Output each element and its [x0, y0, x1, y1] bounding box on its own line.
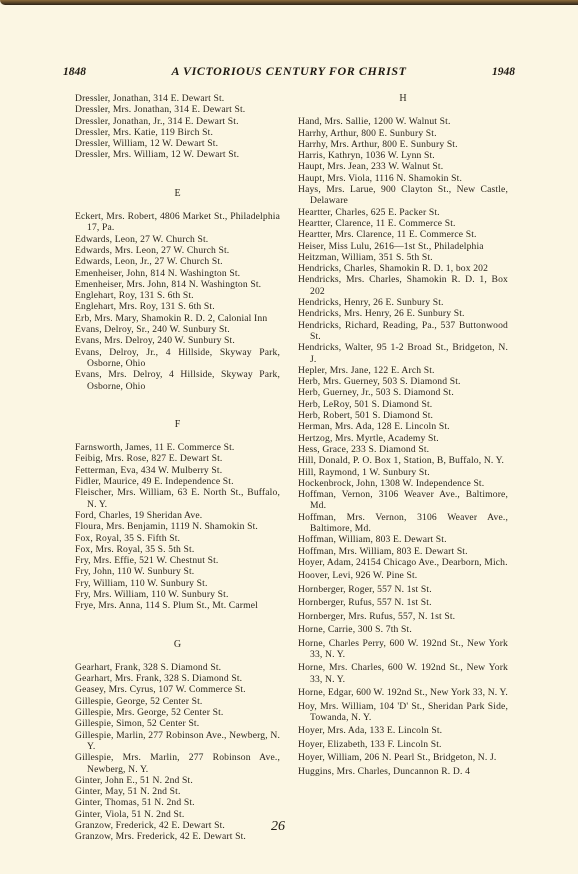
directory-entry: Hill, Raymond, 1 W. Sunbury St. [298, 467, 508, 478]
directory-entry: Hendricks, Mrs. Charles, Shamokin R. D. … [298, 274, 508, 297]
running-head: 1848 A VICTORIOUS CENTURY FOR CHRIST 194… [63, 64, 515, 79]
directory-entry: Englehart, Mrs. Roy, 131 S. 6th St. [75, 301, 280, 312]
directory-entry: Herb, Mrs. Guerney, 503 S. Diamond St. [298, 376, 508, 387]
directory-entry: Gearhart, Frank, 328 S. Diamond St. [75, 662, 280, 673]
directory-entry: Erb, Mrs. Mary, Shamokin R. D. 2, Caloni… [75, 313, 280, 324]
directory-entry: Hays, Mrs. Larue, 900 Clayton St., New C… [298, 184, 508, 207]
directory-entry: Harris, Kathryn, 1036 W. Lynn St. [298, 150, 508, 161]
directory-entry: Gillespie, Simon, 52 Center St. [75, 718, 280, 729]
book-title: A VICTORIOUS CENTURY FOR CHRIST [171, 64, 406, 79]
directory-entry: Emenheiser, John, 814 N. Washington St. [75, 268, 280, 279]
directory-entry: Gillespie, George, 52 Center St. [75, 696, 280, 707]
directory-entry: Herb, LeRoy, 501 S. Diamond St. [298, 399, 508, 410]
directory-entry: Dressler, Mrs. William, 12 W. Dewart St. [75, 149, 280, 160]
directory-entry: Ginter, John E., 51 N. 2nd St. [75, 775, 280, 786]
directory-entry: Fry, Mrs. William, 110 W. Sunbury St. [75, 589, 280, 600]
directory-entry: Heartter, Mrs. Clarence, 11 E. Commerce … [298, 229, 508, 240]
right-column: H Hand, Mrs. Sallie, 1200 W. Walnut St.H… [298, 93, 508, 779]
directory-entry: Edwards, Mrs. Leon, 27 W. Church St. [75, 245, 280, 256]
directory-entry: Hornberger, Roger, 557 N. 1st St. [298, 584, 508, 595]
directory-entry: Ford, Charles, 19 Sheridan Ave. [75, 510, 280, 521]
directory-entry: Ginter, Viola, 51 N. 2nd St. [75, 809, 280, 820]
section-heading-e: E [75, 188, 280, 199]
directory-entry: Heartter, Charles, 625 E. Packer St. [298, 207, 508, 218]
directory-entry: Hoffman, Mrs. William, 803 E. Dewart St. [298, 546, 508, 557]
left-column: Dressler, Jonathan, 314 E. Dewart St.Dre… [75, 93, 280, 843]
directory-entry: Hornberger, Rufus, 557 N. 1st St. [298, 597, 508, 608]
directory-entry: Herb, Robert, 501 S. Diamond St. [298, 410, 508, 421]
directory-entry: Dressler, Mrs. Jonathan, 314 E. Dewart S… [75, 104, 280, 115]
directory-entry: Harrhy, Arthur, 800 E. Sunbury St. [298, 128, 508, 139]
directory-entry: Hoyer, William, 206 N. Pearl St., Bridge… [298, 752, 508, 763]
directory-entry: Englehart, Roy, 131 S. 6th St. [75, 290, 280, 301]
directory-entry: Frye, Mrs. Anna, 114 S. Plum St., Mt. Ca… [75, 600, 280, 611]
year-right: 1948 [492, 66, 515, 78]
directory-entry: Herb, Guerney, Jr., 503 S. Diamond St. [298, 387, 508, 398]
section-g-entries: Gearhart, Frank, 328 S. Diamond St.Gearh… [75, 662, 280, 843]
directory-entry: Fidler, Maurice, 49 E. Independence St. [75, 476, 280, 487]
directory-entry: Herman, Mrs. Ada, 128 E. Lincoln St. [298, 421, 508, 432]
directory-entry: Hoyer, Elizabeth, 133 F. Lincoln St. [298, 739, 508, 750]
directory-entry: Gillespie, Mrs. Marlin, 277 Robinson Ave… [75, 752, 280, 775]
directory-entry: Fleischer, Mrs. William, 63 E. North St.… [75, 487, 280, 510]
directory-entry: Hockenbrock, John, 1308 W. Independence … [298, 478, 508, 489]
directory-entry: Hoover, Levi, 926 W. Pine St. [298, 570, 508, 581]
year-left: 1848 [63, 66, 86, 78]
section-f-entries: Farnsworth, James, 11 E. Commerce St.Fei… [75, 442, 280, 611]
directory-entry: Geasey, Mrs. Cyrus, 107 W. Commerce St. [75, 684, 280, 695]
directory-entry: Ginter, Thomas, 51 N. 2nd St. [75, 797, 280, 808]
section-e-entries: Eckert, Mrs. Robert, 4806 Market St., Ph… [75, 211, 280, 392]
directory-entry: Emenheiser, Mrs. John, 814 N. Washington… [75, 279, 280, 290]
directory-entry: Granzow, Frederick, 42 E. Dewart St. [75, 820, 280, 831]
directory-entry: Granzow, Mrs. Frederick, 42 E. Dewart St… [75, 831, 280, 842]
directory-entry: Eckert, Mrs. Robert, 4806 Market St., Ph… [75, 211, 280, 234]
directory-entry: Hoy, Mrs. William, 104 'D' St., Sheridan… [298, 701, 508, 724]
directory-entry: Evans, Delroy, Sr., 240 W. Sunbury St. [75, 324, 280, 335]
directory-entry: Gillespie, Marlin, 277 Robinson Ave., Ne… [75, 730, 280, 753]
directory-entry: Floura, Mrs. Benjamin, 1119 N. Shamokin … [75, 521, 280, 532]
directory-entry: Hoffman, Mrs. Vernon, 3106 Weaver Ave., … [298, 512, 508, 535]
directory-entry: Evans, Mrs. Delroy, 240 W. Sunbury St. [75, 335, 280, 346]
directory-entry: Hendricks, Henry, 26 E. Sunbury St. [298, 297, 508, 308]
directory-entry: Gearhart, Mrs. Frank, 328 S. Diamond St. [75, 673, 280, 684]
directory-entry: Edwards, Leon, Jr., 27 W. Church St. [75, 256, 280, 267]
directory-entry: Haupt, Mrs. Viola, 1116 N. Shamokin St. [298, 173, 508, 184]
section-d-continued: Dressler, Jonathan, 314 E. Dewart St.Dre… [75, 93, 280, 161]
directory-entry: Hoyer, Mrs. Ada, 133 E. Lincoln St. [298, 725, 508, 736]
directory-entry: Edwards, Leon, 27 W. Church St. [75, 234, 280, 245]
directory-entry: Horne, Charles Perry, 600 W. 192nd St., … [298, 638, 508, 661]
directory-entry: Horne, Carrie, 300 S. 7th St. [298, 624, 508, 635]
directory-entry: Hepler, Mrs. Jane, 122 E. Arch St. [298, 365, 508, 376]
directory-entry: Fox, Royal, 35 S. Fifth St. [75, 533, 280, 544]
directory-entry: Fox, Mrs. Royal, 35 S. 5th St. [75, 544, 280, 555]
directory-entry: Farnsworth, James, 11 E. Commerce St. [75, 442, 280, 453]
directory-entry: Horne, Edgar, 600 W. 192nd St., New York… [298, 687, 508, 698]
directory-entry: Dressler, William, 12 W. Dewart St. [75, 138, 280, 149]
section-h-entries: Hand, Mrs. Sallie, 1200 W. Walnut St.Har… [298, 116, 508, 568]
directory-entry: Harrhy, Mrs. Arthur, 800 E. Sunbury St. [298, 139, 508, 150]
directory-entry: Evans, Mrs. Delroy, 4 Hillside, Skyway P… [75, 369, 280, 392]
directory-entry: Hendricks, Charles, Shamokin R. D. 1, bo… [298, 263, 508, 274]
directory-entry: Huggins, Mrs. Charles, Duncannon R. D. 4 [298, 766, 508, 777]
directory-entry: Hertzog, Mrs. Myrtle, Academy St. [298, 433, 508, 444]
directory-entry: Feibig, Mrs. Rose, 827 E. Dewart St. [75, 453, 280, 464]
directory-entry: Hendricks, Richard, Reading, Pa., 537 Bu… [298, 320, 508, 343]
directory-entry: Dressler, Mrs. Katie, 119 Birch St. [75, 127, 280, 138]
directory-entry: Hornberger, Mrs. Rufus, 557, N. 1st St. [298, 611, 508, 622]
directory-entry: Hoyer, Adam, 24154 Chicago Ave., Dearbor… [298, 557, 508, 568]
directory-entry: Hess, Grace, 233 S. Diamond St. [298, 444, 508, 455]
directory-entry: Heiser, Miss Lulu, 2616—1st St., Philade… [298, 241, 508, 252]
directory-entry: Fry, Mrs. Effie, 521 W. Chestnut St. [75, 555, 280, 566]
directory-entry: Hoffman, Vernon, 3106 Weaver Ave., Balti… [298, 489, 508, 512]
directory-entry: Hendricks, Mrs. Henry, 26 E. Sunbury St. [298, 308, 508, 319]
directory-entry: Hoffman, William, 803 E. Dewart St. [298, 534, 508, 545]
directory-entry: Fry, John, 110 W. Sunbury St. [75, 566, 280, 577]
directory-entry: Heitzman, William, 351 S. 5th St. [298, 252, 508, 263]
page-number: 26 [271, 819, 285, 835]
directory-entry: Gillespie, Mrs. George, 52 Center St. [75, 707, 280, 718]
directory-entry: Fetterman, Eva, 434 W. Mulberry St. [75, 465, 280, 476]
directory-entry: Dressler, Jonathan, Jr., 314 E. Dewart S… [75, 116, 280, 127]
directory-entry: Dressler, Jonathan, 314 E. Dewart St. [75, 93, 280, 104]
directory-entry: Horne, Mrs. Charles, 600 W. 192nd St., N… [298, 662, 508, 685]
section-heading-g: G [75, 639, 280, 650]
section-heading-h: H [298, 93, 508, 104]
directory-entry: Hendricks, Walter, 95 1-2 Broad St., Bri… [298, 342, 508, 365]
directory-entry: Heartter, Clarence, 11 E. Commerce St. [298, 218, 508, 229]
directory-entry: Ginter, May, 51 N. 2nd St. [75, 786, 280, 797]
directory-entry: Fry, William, 110 W. Sunbury St. [75, 578, 280, 589]
directory-entry: Hand, Mrs. Sallie, 1200 W. Walnut St. [298, 116, 508, 127]
directory-entry: Evans, Delroy, Jr., 4 Hillside, Skyway P… [75, 347, 280, 370]
section-h-entries-continued: Hoover, Levi, 926 W. Pine St.Hornberger,… [298, 570, 508, 777]
directory-entry: Haupt, Mrs. Jean, 233 W. Walnut St. [298, 161, 508, 172]
directory-entry: Hill, Donald, P. O. Box 1, Station, B, B… [298, 455, 508, 466]
section-heading-f: F [75, 419, 280, 430]
